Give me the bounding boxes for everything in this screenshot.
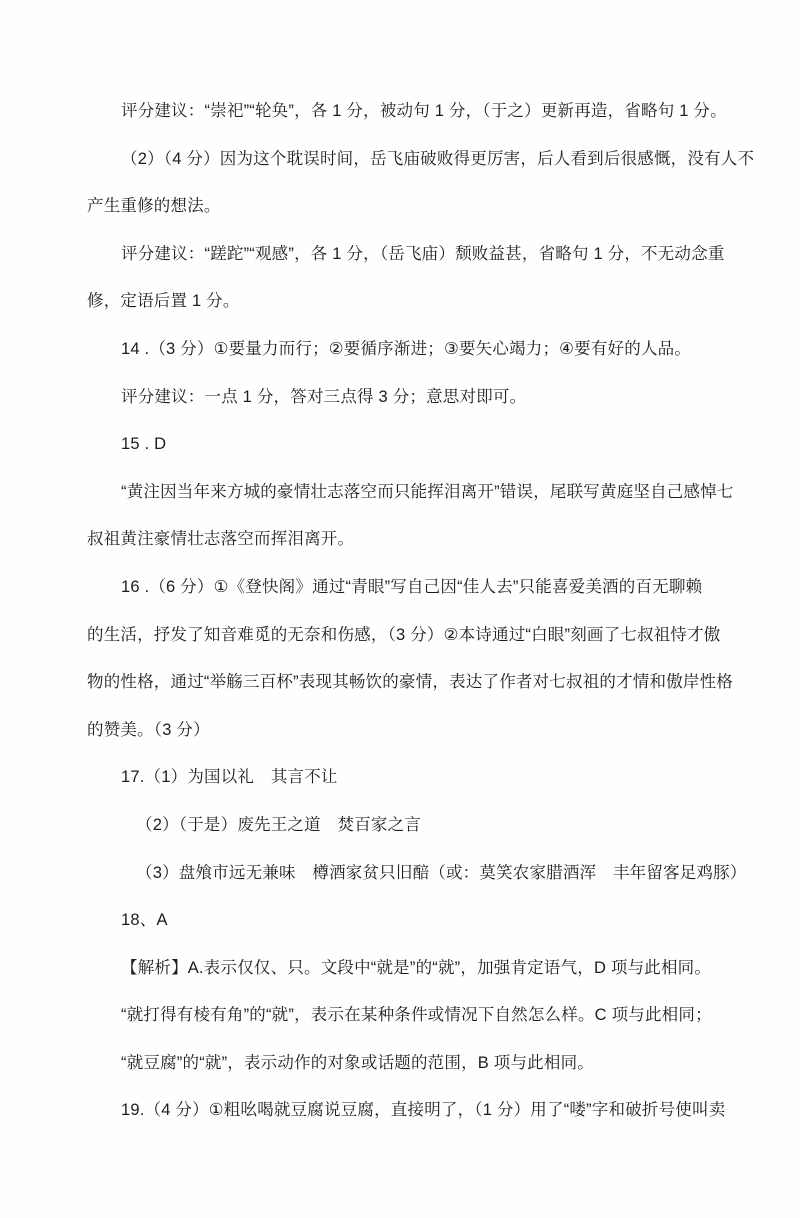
answer-16: 16 .（6 分）①《登快阁》通过“青眼”写自己因“佳人去”只能喜爱美酒的百无聊… <box>0 564 800 612</box>
scoring-note-13-1: 评分建议：“崇祀”“轮奂”，各 1 分，被动句 1 分，（于之）更新再造，省略句… <box>0 88 800 136</box>
answer-18-explanation-cont-2: “就豆腐”的“就”，表示动作的对象或话题的范围，B 项与此相同。 <box>0 1040 800 1088</box>
answer-17-3: （3）盘飧市远无兼味 樽酒家贫只旧醅（或：莫笑农家腊酒浑 丰年留客足鸡豚） <box>0 850 800 898</box>
answer-18-explanation-cont-1: “就打得有棱有角”的“就”，表示在某种条件或情况下自然怎么样。C 项与此相同； <box>0 992 800 1040</box>
scoring-note-13-2: 评分建议：“蹉跎”“观感”，各 1 分，（岳飞庙）颓败益甚，省略句 1 分，不无… <box>0 231 800 279</box>
answer-13-2-cont: 产生重修的想法。 <box>0 183 800 231</box>
answer-15: 15 . D <box>0 421 800 469</box>
answer-text-block: 评分建议：“崇祀”“轮奂”，各 1 分，被动句 1 分，（于之）更新再造，省略句… <box>0 88 800 1135</box>
answer-15-explanation: “黄注因当年来方城的豪情壮志落空而只能挥泪离开”错误，尾联写黄庭坚自己感悼七 <box>0 469 800 517</box>
answer-15-explanation-cont: 叔祖黄注豪情壮志落空而挥泪离开。 <box>0 516 800 564</box>
scoring-note-14: 评分建议：一点 1 分，答对三点得 3 分；意思对即可。 <box>0 374 800 422</box>
answer-16-cont-2: 物的性格，通过“举觞三百杯”表现其畅饮的豪情，表达了作者对七叔祖的才情和傲岸性格 <box>0 659 800 707</box>
answer-17-2: （2）（于是）废先王之道 焚百家之言 <box>0 802 800 850</box>
answer-14: 14 .（3 分）①要量力而行；②要循序渐进；③要矢心竭力；④要有好的人品。 <box>0 326 800 374</box>
answer-16-cont-1: 的生活，抒发了知音难觅的无奈和伤感，（3 分）②本诗通过“白眼”刻画了七叔祖恃才… <box>0 612 800 660</box>
scoring-note-13-2-cont: 修，定语后置 1 分。 <box>0 278 800 326</box>
answer-18: 18、A <box>0 897 800 945</box>
answer-13-2: （2）（4 分）因为这个耽误时间，岳飞庙破败得更厉害，后人看到后很感慨，没有人不 <box>0 136 800 184</box>
answer-16-cont-3: 的赞美。（3 分） <box>0 707 800 755</box>
answer-sheet-page: 评分建议：“崇祀”“轮奂”，各 1 分，被动句 1 分，（于之）更新再造，省略句… <box>0 0 800 1218</box>
answer-17-1: 17.（1）为国以礼 其言不让 <box>0 754 800 802</box>
answer-19: 19.（4 分）①粗吆喝就豆腐说豆腐，直接明了，（1 分）用了“喽”字和破折号使… <box>0 1087 800 1135</box>
answer-18-explanation: 【解析】A.表示仅仅、只。文段中“就是”的“就”，加强肯定语气，D 项与此相同。 <box>0 945 800 993</box>
